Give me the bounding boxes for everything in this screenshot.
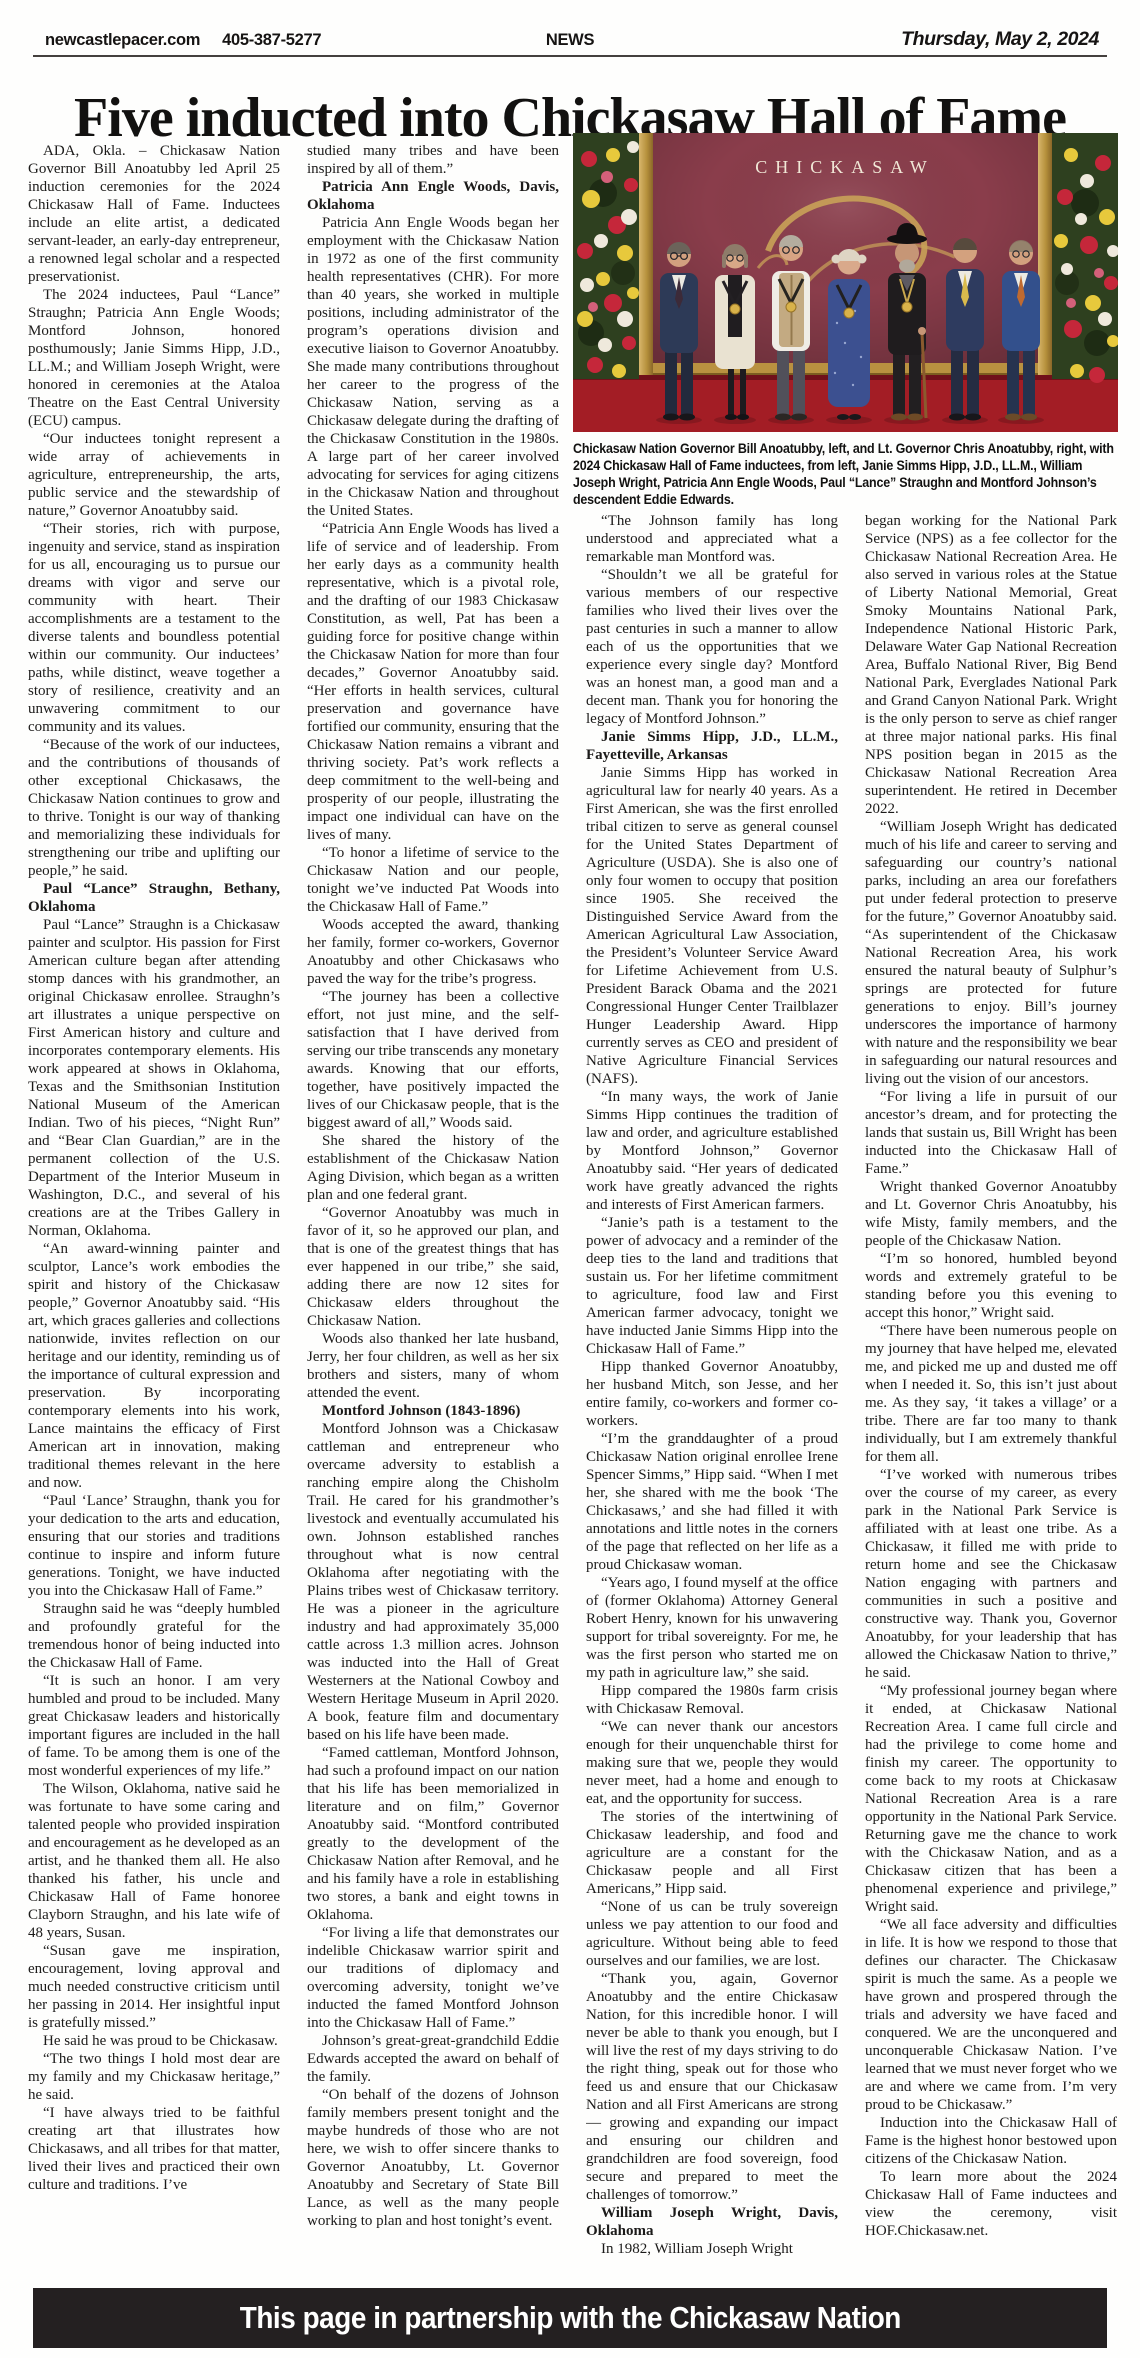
photo-caption: Chickasaw Nation Governor Bill Anoatubby… [573,440,1118,508]
article-paragraph: “For living a life that demonstrates our… [307,1924,559,2032]
section-subhead: Janie Simms Hipp, J.D., LL.M., Fayettevi… [586,728,838,764]
article-paragraph: “I’m the granddaughter of a proud Chicka… [586,1430,838,1574]
medal-icon [902,302,912,312]
masthead-rule [33,55,1107,57]
article-paragraph: “William Joseph Wright has dedicated muc… [865,818,1117,1088]
article-paragraph: Induction into the Chickasaw Hall of Fam… [865,2114,1117,2168]
medal-icon [786,302,796,312]
article-paragraph: “The journey has been a collective effor… [307,988,559,1132]
article-paragraph: The Wilson, Oklahoma, native said he was… [28,1780,280,1942]
article-paragraph: “Famed cattleman, Montford Johnson, had … [307,1744,559,1924]
article-paragraph: Hipp compared the 1980s farm crisis with… [586,1682,838,1718]
article-paragraph: “We all face adversity and difficulties … [865,1916,1117,2114]
article-paragraph: “There have been numerous people on my j… [865,1322,1117,1466]
article-paragraph: “Paul ‘Lance’ Straughn, thank you for yo… [28,1492,280,1600]
article-paragraph: “For living a life in pursuit of our anc… [865,1088,1117,1178]
article-paragraph: “Governor Anoatubby was much in favor of… [307,1204,559,1330]
article-paragraph: “Because of the work of our inductees, a… [28,736,280,880]
article-paragraph: Montford Johnson was a Chickasaw cattlem… [307,1420,559,1744]
article-paragraph: “The Johnson family has long understood … [586,512,838,566]
article-paragraph: “None of us can be truly sovereign unles… [586,1898,838,1970]
article-paragraph: She shared the history of the establishm… [307,1132,559,1204]
floral-arrangement-left [573,133,639,379]
article-paragraph: Hipp thanked Governor Anoatubby, her hus… [586,1358,838,1430]
article-paragraph: began working for the National Park Serv… [865,512,1117,818]
article-paragraph: To learn more about the 2024 Chickasaw H… [865,2168,1117,2240]
article-column-4: began working for the National Park Serv… [865,512,1117,2270]
article-paragraph: “It is such an honor. I am very humbled … [28,1672,280,1780]
section-subhead: William Joseph Wright, Davis, Oklahoma [586,2204,838,2240]
floral-arrangement-right [1052,133,1118,383]
inductees-photo-art: CHICKASAW [573,133,1118,432]
article-paragraph: “We can never thank our ancestors enough… [586,1718,838,1808]
section-subhead: Montford Johnson (1843-1896) [307,1402,559,1420]
article-paragraph: “In many ways, the work of Janie Simms H… [586,1088,838,1214]
article-paragraph: “I have always tried to be faithful crea… [28,2104,280,2194]
article-paragraph: “Years ago, I found myself at the office… [586,1574,838,1682]
article-column-3: “The Johnson family has long understood … [586,512,838,2270]
article-paragraph: Woods also thanked her late husband, Jer… [307,1330,559,1402]
section-subhead: Paul “Lance” Straughn, Bethany, Oklahoma [28,880,280,916]
article-paragraph: Straughn said he was “deeply humbled and… [28,1600,280,1672]
article-paragraph: “To honor a lifetime of service to the C… [307,844,559,916]
article-column-1: ADA, Okla. – Chickasaw Nation Governor B… [28,142,280,2270]
article-paragraph: “I’ve worked with numerous tribes over t… [865,1466,1117,1682]
partnership-banner-text: This page in partnership with the Chicka… [239,2300,900,2336]
gold-frame-right [1038,133,1052,375]
article-paragraph: studied many tribes and have been inspir… [307,142,559,178]
article-paragraph: Wright thanked Governor Anoatubby and Lt… [865,1178,1117,1250]
article-paragraph: “Janie’s path is a testament to the powe… [586,1214,838,1358]
article-paragraph: Woods accepted the award, thanking her f… [307,916,559,988]
article-column-2: studied many tribes and have been inspir… [307,142,559,2270]
article-paragraph: “My professional journey began where it … [865,1682,1117,1916]
backdrop-lettering: CHICKASAW [755,157,935,177]
article-paragraph: The stories of the intertwining of Chick… [586,1808,838,1898]
masthead: newcastlepacer.com405-387-5277 NEWS Thur… [33,29,1107,53]
article-paragraph: “Susan gave me inspiration, encouragemen… [28,1942,280,2032]
article-paragraph: ADA, Okla. – Chickasaw Nation Governor B… [28,142,280,286]
newspaper-page: newcastlepacer.com405-387-5277 NEWS Thur… [0,0,1140,2358]
article-paragraph: “Patricia Ann Engle Woods has lived a li… [307,520,559,844]
article-paragraph: Paul “Lance” Straughn is a Chickasaw pai… [28,916,280,1240]
gold-frame-left [639,133,653,375]
article-paragraph: “On behalf of the dozens of Johnson fami… [307,2086,559,2230]
article-paragraph: He said he was proud to be Chickasaw. [28,2032,280,2050]
partnership-banner: This page in partnership with the Chicka… [33,2288,1107,2348]
article-paragraph: Patricia Ann Engle Woods began her emplo… [307,214,559,520]
article-paragraph: “I’m so honored, humbled beyond words an… [865,1250,1117,1322]
article-paragraph: Johnson’s great-great-grandchild Eddie E… [307,2032,559,2086]
article-paragraph: “An award-winning painter and sculptor, … [28,1240,280,1492]
medal-icon [730,304,740,314]
article-paragraph: “Their stories, rich with purpose, ingen… [28,520,280,736]
date-label: Thursday, May 2, 2024 [901,28,1099,51]
article-paragraph: “Shouldn’t we all be grateful for variou… [586,566,838,728]
article-paragraph: “The two things I hold most dear are my … [28,2050,280,2104]
inductees-photo: CHICKASAW [573,133,1118,432]
article-paragraph: “Our inductees tonight represent a wide … [28,430,280,520]
article-paragraph: Janie Simms Hipp has worked in agricultu… [586,764,838,1088]
article-paragraph: The 2024 inductees, Paul “Lance” Straugh… [28,286,280,430]
article-paragraph: “Thank you, again, Governor Anoatubby an… [586,1970,838,2204]
article-paragraph: In 1982, William Joseph Wright [586,2240,838,2258]
medal-icon [844,308,854,318]
section-subhead: Patricia Ann Engle Woods, Davis, Oklahom… [307,178,559,214]
